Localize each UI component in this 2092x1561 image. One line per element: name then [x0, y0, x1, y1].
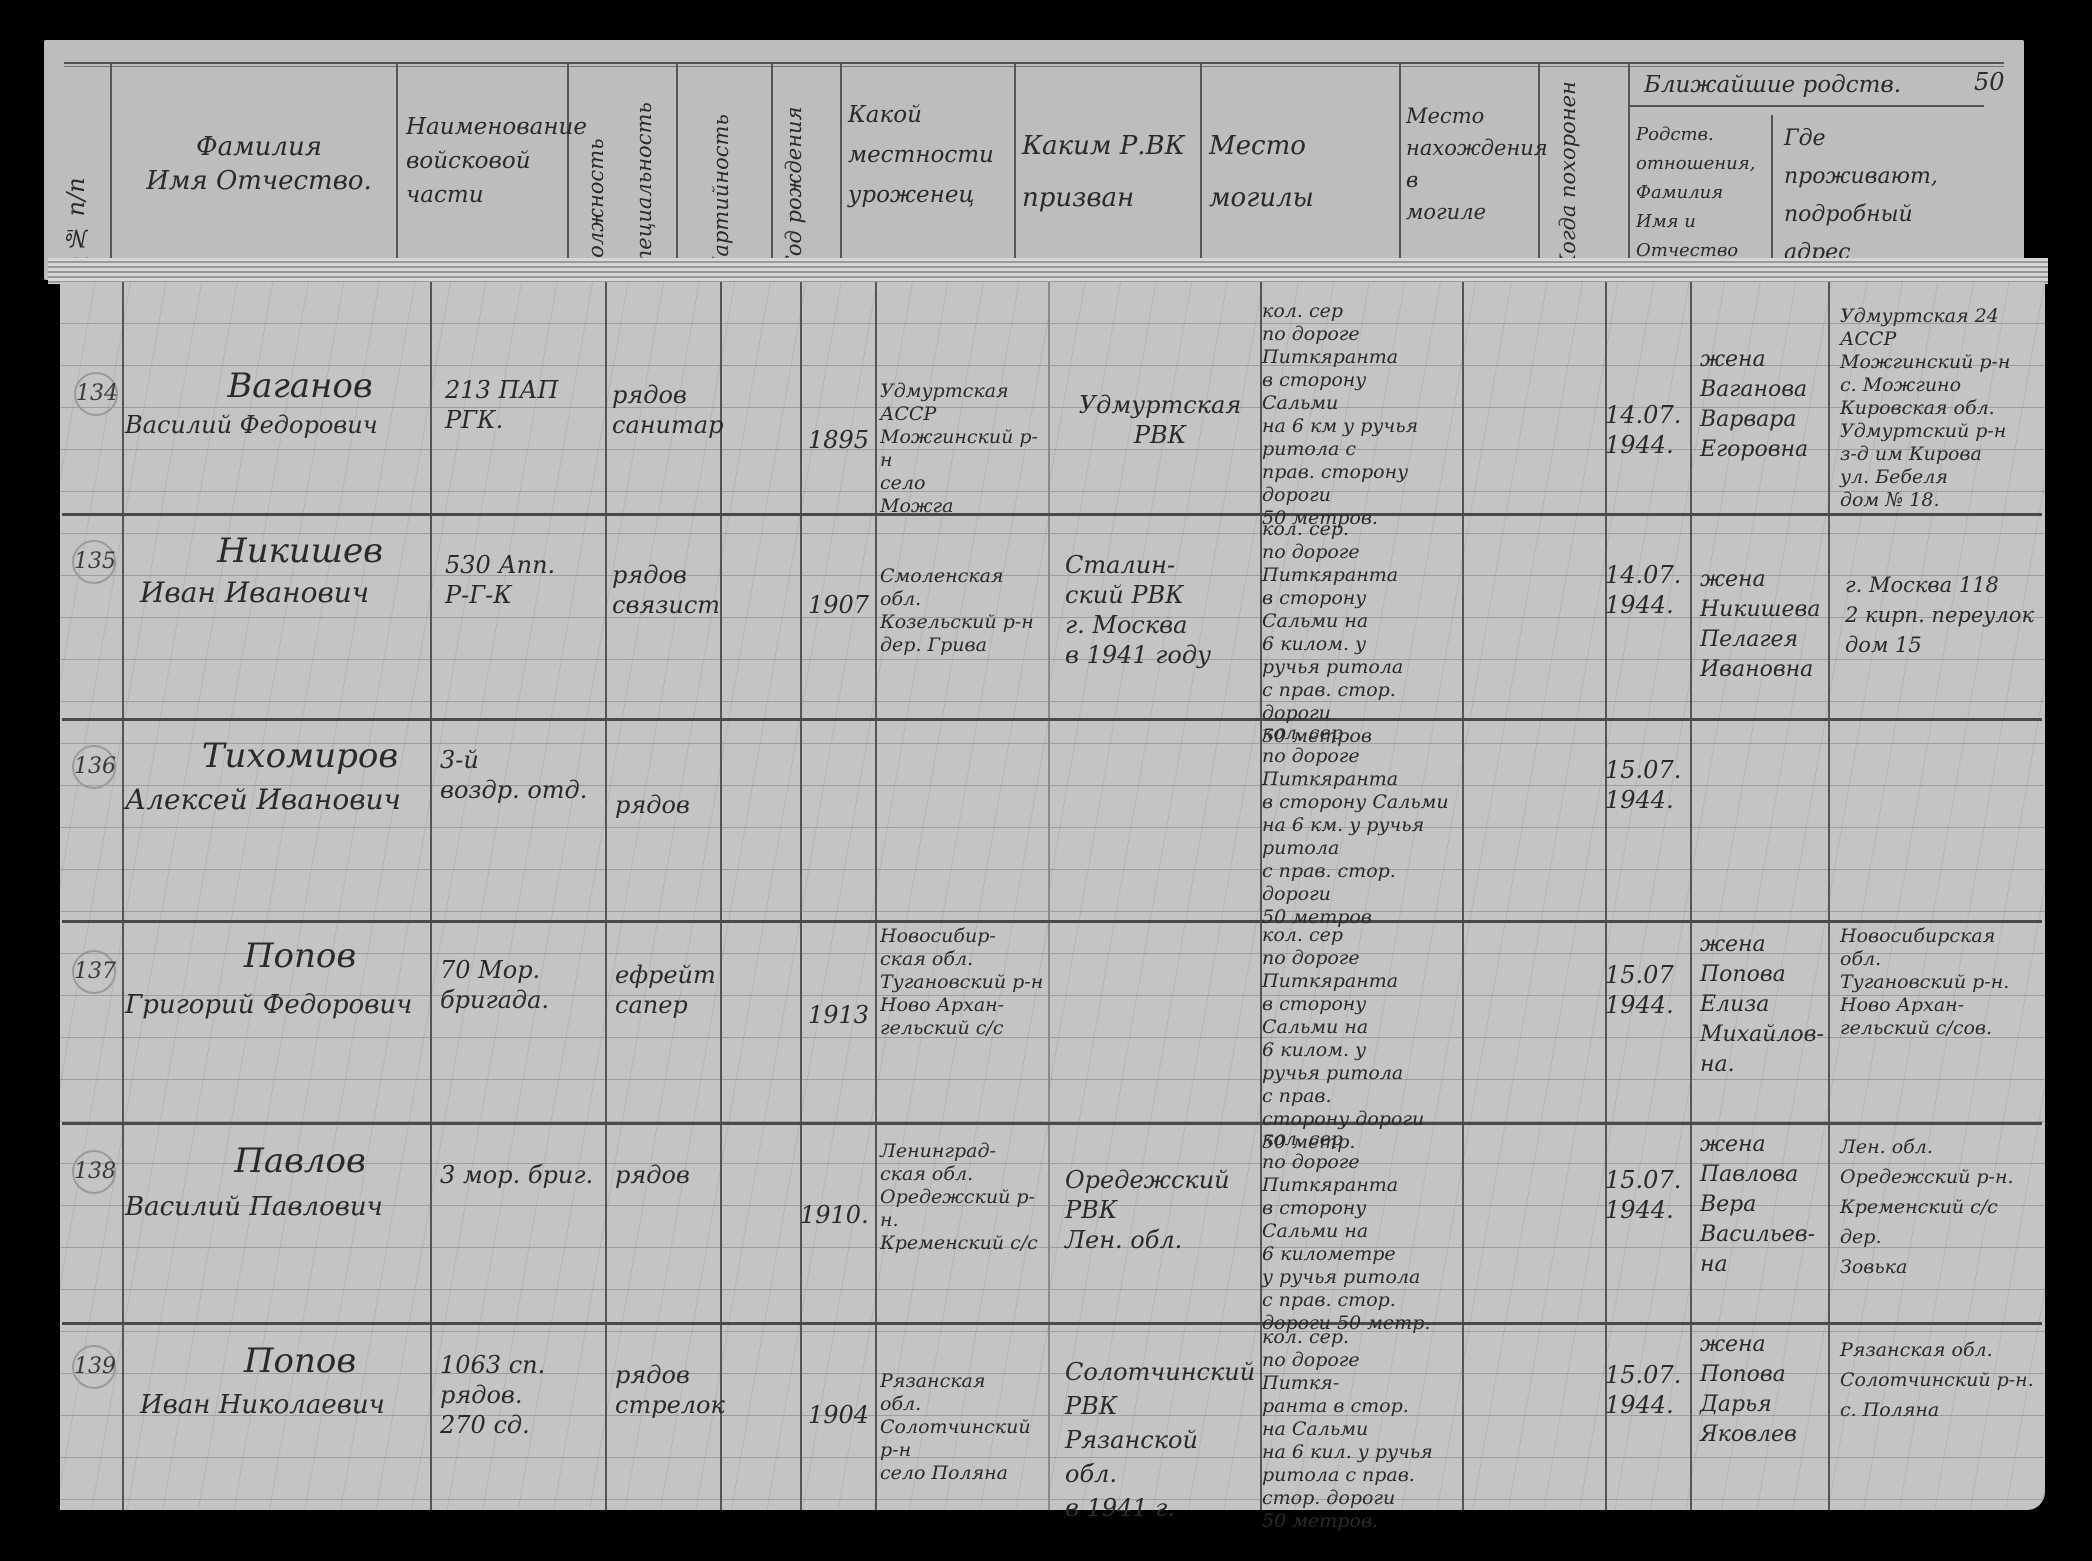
burial-date: 14.07. 1944. [1605, 400, 1690, 460]
rank: рядов санитар [612, 380, 722, 440]
page-number: 50 [1974, 68, 2005, 96]
birth-year: 1895 [808, 425, 878, 455]
grave-location: кол. сер. по дороге Питкяранта в сторону… [1262, 518, 1462, 748]
column-divider [1828, 282, 1830, 1510]
surname: Попов [150, 1340, 450, 1382]
row-separator [62, 513, 2042, 516]
surname: Ваганов [150, 365, 450, 407]
grave-location: кол. сер по дороге Питкяранта в сторону … [1262, 722, 1462, 929]
given-names: Иван Николаевич [140, 1390, 440, 1420]
birth-year: 1913 [808, 1000, 878, 1030]
relative-address: Новосибирская обл. Тугановский р-н. Ново… [1840, 925, 2040, 1040]
burial-date: 15.07. 1944. [1605, 755, 1690, 815]
birthplace: Рязанская обл. Солотчинский р-н село Пол… [880, 1370, 1050, 1485]
row-separator [62, 1122, 2042, 1125]
rank: рядов [615, 1160, 725, 1190]
column-divider [1605, 282, 1607, 1510]
header-col-buried: Когда похоронен [1556, 120, 1580, 270]
burial-date: 14.07. 1944. [1605, 560, 1690, 620]
relative-name: жена Павлова Вера Васильев- на [1700, 1130, 1840, 1280]
entry-number: 138 [72, 1150, 116, 1194]
given-names: Иван Иванович [140, 578, 440, 608]
birthplace: Удмуртская АССР Можгинский р-н село Можг… [880, 380, 1050, 518]
grave-location: кол. сер. по дороге Питкя- ранта в стор.… [1262, 1326, 1462, 1533]
header-col-party: Партийность [709, 100, 733, 275]
relative-name: жена Никишева Пелагея Ивановна [1700, 565, 1840, 685]
header-col-grave-pos: Место нахождения в могиле [1406, 100, 1536, 228]
rank: рядов [615, 790, 725, 820]
rank: рядов связист [612, 560, 722, 620]
row-separator [62, 718, 2042, 721]
header-top-rule-2 [64, 66, 2004, 67]
given-names: Алексей Иванович [125, 785, 435, 815]
header-col-rvk: Каким Р.ВК призван [1022, 120, 1197, 224]
row-separator [62, 920, 2042, 923]
column-divider [720, 282, 722, 1510]
header-col-unit: Наименование войсковой части [406, 110, 566, 212]
header-subrule [1628, 105, 1984, 107]
column-divider [430, 282, 432, 1510]
column-divider [875, 282, 877, 1510]
entry-number: 137 [72, 950, 116, 994]
draft-office: Солотчинский РВК Рязанской обл. в 1941 г… [1065, 1355, 1265, 1525]
birth-year: 1910. [800, 1200, 878, 1230]
header-col-rank: Должность и специальность [584, 100, 656, 275]
grave-location: кол. сер по дороге Питкяранта в сторону … [1262, 300, 1462, 530]
birth-year: 1904 [808, 1400, 878, 1430]
grave-location: кол. сер по дороге Питкяранта в сторону … [1262, 1128, 1462, 1335]
draft-office: Сталин- ский РВК г. Москва в 1941 году [1065, 550, 1265, 670]
given-names: Василий Павлович [125, 1192, 435, 1222]
column-divider [122, 282, 124, 1510]
header-col-origin: Какой местности уроженец [848, 95, 1013, 215]
register-header-page: №№ п/п Фамилия Имя Отчество. Наименовани… [44, 40, 2024, 280]
entry-number: 139 [72, 1345, 116, 1389]
burial-date: 15.07. 1944. [1605, 1360, 1690, 1420]
birthplace: Смоленская обл. Козельский р-н дер. Грив… [880, 565, 1050, 657]
draft-office: Удмуртская РВК [1060, 390, 1260, 450]
column-divider [1690, 282, 1692, 1510]
header-col-name: Фамилия Имя Отчество. [134, 130, 384, 198]
military-unit: 3-й воздр. отд. [440, 745, 610, 805]
column-divider [1462, 282, 1464, 1510]
entry-number: 135 [72, 540, 116, 584]
header-col-year: Год рождения [782, 140, 806, 270]
relative-name: жена Попова Елиза Михайлов- на. [1700, 930, 1840, 1080]
entry-number: 134 [74, 372, 118, 416]
birthplace: Новосибир- ская обл. Тугановский р-н Нов… [880, 925, 1050, 1040]
draft-office: Оредежский РВК Лен. обл. [1065, 1165, 1265, 1255]
military-unit: 70 Мор. бригада. [440, 955, 610, 1015]
burial-date: 15.07. 1944. [1605, 1165, 1690, 1225]
surname: Тихомиров [150, 735, 450, 777]
header-col-relatives-group: Ближайшие родств. [1644, 68, 1944, 102]
relative-name: жена Ваганова Варвара Егоровна [1700, 345, 1840, 465]
header-col-relatives-addr: Где проживают, подробный адрес [1784, 120, 1984, 272]
military-unit: 530 Апп. Р-Г-К [445, 550, 610, 610]
header-col-grave: Место могилы [1209, 120, 1389, 224]
relative-address: Лен. обл. Оредежский р-н. Кременский с/с… [1840, 1132, 2040, 1282]
given-names: Григорий Федорович [125, 990, 435, 1020]
grave-location: кол. сер по дороге Питкяранта в сторону … [1262, 924, 1462, 1154]
row-separator [62, 1322, 2042, 1325]
header-top-rule [64, 62, 2004, 64]
header-col-relatives-name: Родств. отношения, Фамилия Имя и Отчеств… [1636, 120, 1771, 265]
column-divider [605, 282, 607, 1510]
surname: Павлов [150, 1140, 450, 1182]
page-stack-edge [48, 258, 2048, 284]
rank: ефрейт сапер [615, 960, 725, 1020]
relative-address: Удмуртская 24 АССР Можгинский р-н с. Мож… [1840, 305, 2040, 512]
relative-address: г. Москва 118 2 кирп. переулок дом 15 [1845, 570, 2040, 660]
relative-address: Рязанская обл. Солотчинский р-н. с. Поля… [1840, 1335, 2040, 1425]
relative-name: жена Попова Дарья Яковлев [1700, 1330, 1840, 1450]
rank: рядов стрелок [615, 1360, 725, 1420]
surname: Никишев [150, 530, 450, 572]
military-unit: 213 ПАП РГК. [445, 375, 610, 435]
birthplace: Ленинград- ская обл. Оредежский р-н. Кре… [880, 1140, 1050, 1255]
entry-number: 136 [72, 745, 116, 789]
column-divider [800, 282, 802, 1510]
military-unit: 3 мор. бриг. [440, 1160, 610, 1190]
military-unit: 1063 сп. рядов. 270 сд. [440, 1350, 610, 1440]
birth-year: 1907 [808, 590, 878, 620]
surname: Попов [150, 935, 450, 977]
burial-date: 15.07 1944. [1605, 960, 1690, 1020]
given-names: Василий Федорович [125, 410, 435, 440]
